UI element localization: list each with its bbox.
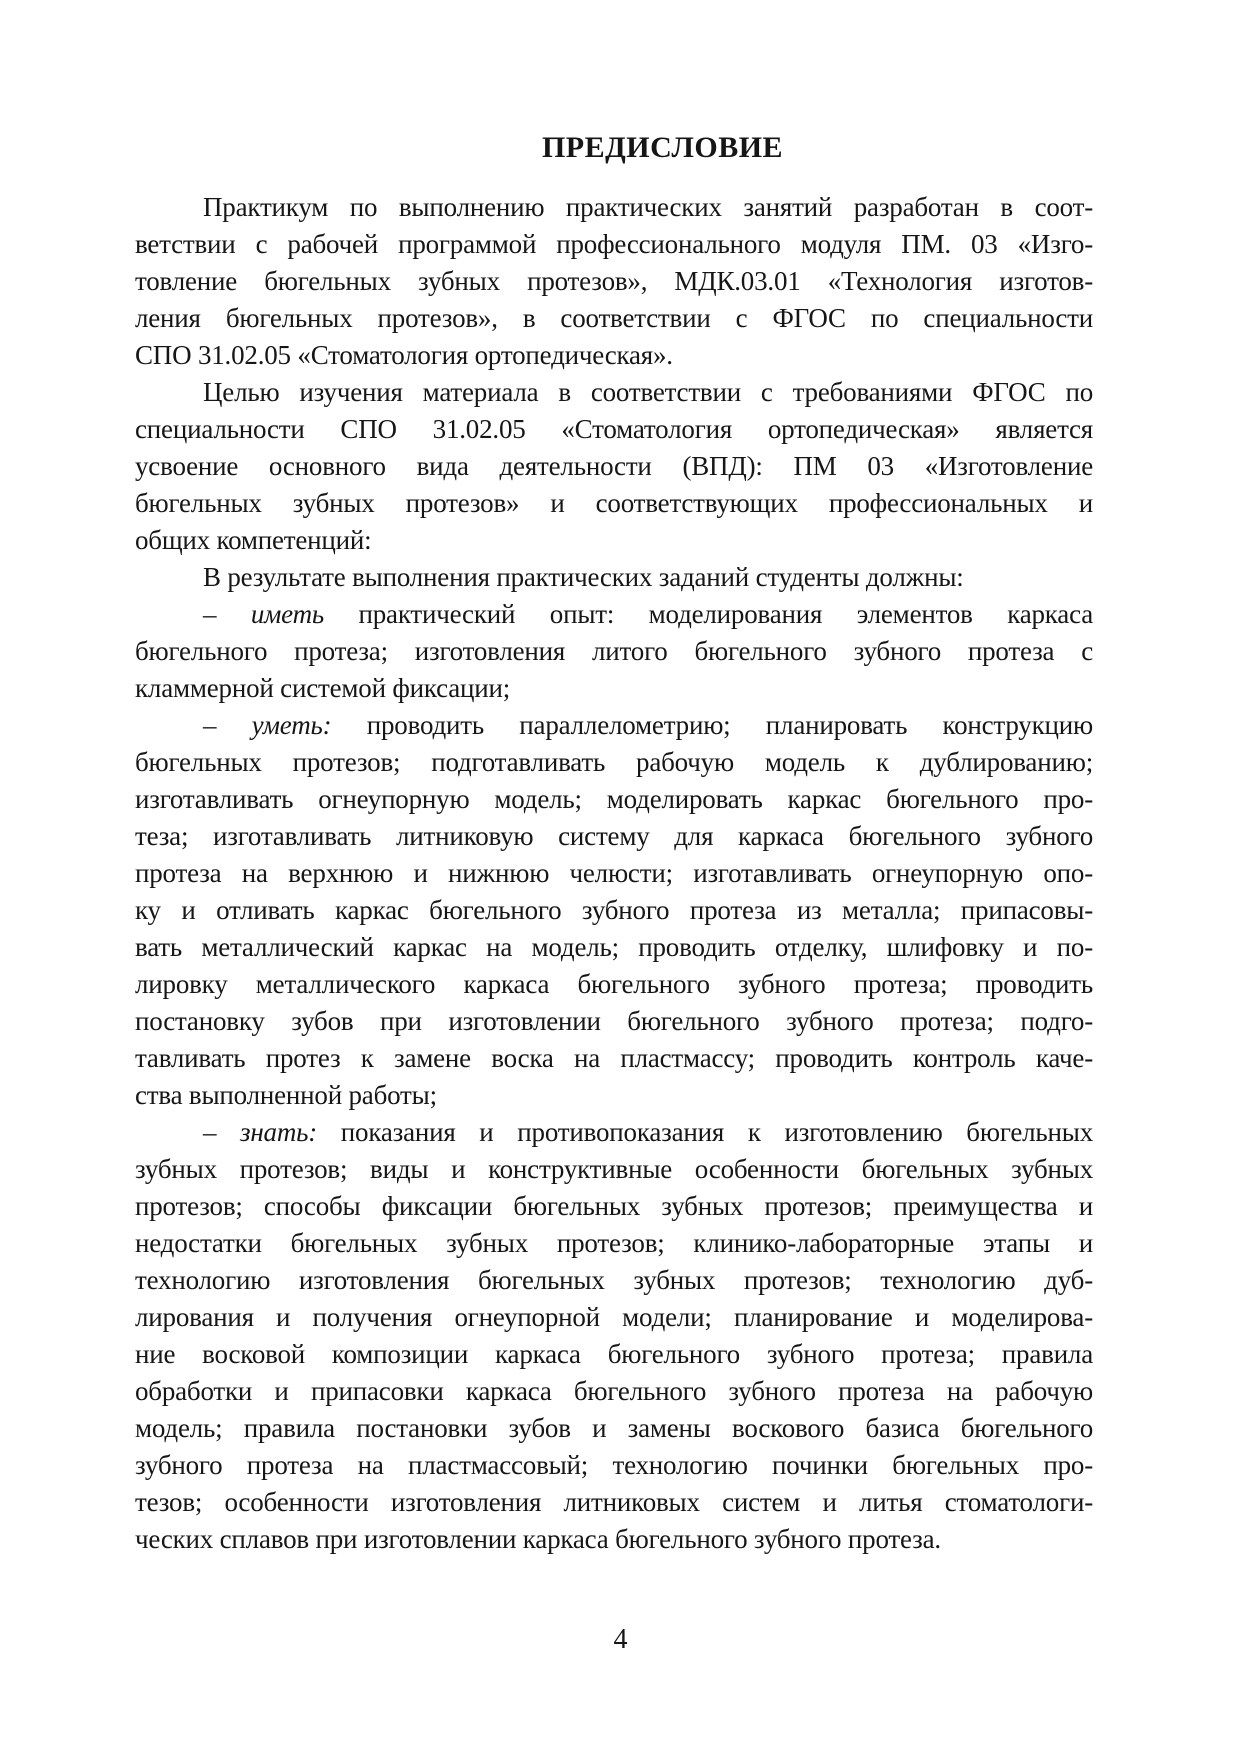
text-segment: вать металлический каркас на модель; про… <box>135 932 1093 962</box>
text-line: – иметь практический опыт: моделирования… <box>135 596 1093 633</box>
text-line: теза; изготавливать литниковую систему д… <box>135 818 1093 855</box>
text-line: ства выполненной работы; <box>135 1077 1093 1114</box>
text-segment: лирования и получения огнеупорной модели… <box>135 1302 1093 1332</box>
text-segment: ческих сплавов при изготовлении каркаса … <box>135 1524 941 1554</box>
text-line: технологию изготовления бюгельных зубных… <box>135 1262 1093 1299</box>
text-line: общих компетенций: <box>135 522 1093 559</box>
text-line: тезов; особенности изготовления литников… <box>135 1484 1093 1521</box>
italic-term: знать: <box>240 1117 317 1147</box>
text-line: лировку металлического каркаса бюгельног… <box>135 966 1093 1003</box>
text-line: протеза на верхнюю и нижнюю челюсти; изг… <box>135 855 1093 892</box>
text-segment: ку и отливать каркас бюгельного зубного … <box>135 895 1093 925</box>
text-line: Практикум по выполнению практических зан… <box>135 189 1093 226</box>
text-segment: товление бюгельных зубных протезов», МДК… <box>135 266 1093 296</box>
text-segment: СПО 31.02.05 «Стоматология ортопедическа… <box>135 340 673 370</box>
text-line: зубного протеза на пластмассовый; технол… <box>135 1447 1093 1484</box>
italic-term: уметь: <box>252 710 332 740</box>
text-segment: протеза на верхнюю и нижнюю челюсти; изг… <box>135 858 1093 888</box>
text-segment: бюгельных зубных протезов» и соответству… <box>135 488 1093 518</box>
page-number: 4 <box>0 1621 1241 1658</box>
text-line: вать металлический каркас на модель; про… <box>135 929 1093 966</box>
text-segment: недостатки бюгельных зубных протезов; кл… <box>135 1228 1093 1258</box>
text-segment: постановку зубов при изготовлении бюгель… <box>135 1006 1093 1036</box>
text-segment: модель; правила постановки зубов и замен… <box>135 1413 1093 1443</box>
paragraph: Целью изучения материала в соответствии … <box>135 374 1093 559</box>
text-line: ние восковой композиции каркаса бюгельно… <box>135 1336 1093 1373</box>
text-segment: бюгельного протеза; изготовления литого … <box>135 636 1093 666</box>
text-line: ления бюгельных протезов», в соответстви… <box>135 300 1093 337</box>
text-segment: тезов; особенности изготовления литников… <box>135 1487 1093 1517</box>
text-line: усвоение основного вида деятельности (ВП… <box>135 448 1093 485</box>
paragraph: В результате выполнения практических зад… <box>135 559 1093 596</box>
text-segment: общих компетенций: <box>135 525 371 555</box>
text-line: – знать: показания и противопоказания к … <box>135 1114 1093 1151</box>
text-line: недостатки бюгельных зубных протезов; кл… <box>135 1225 1093 1262</box>
page-title: ПРЕДИСЛОВИЕ <box>42 130 1241 166</box>
text-segment: В результате выполнения практических зад… <box>203 562 964 592</box>
text-line: В результате выполнения практических зад… <box>135 559 1093 596</box>
text-line: бюгельных протезов; подготавливать рабоч… <box>135 744 1093 781</box>
text-line: Целью изучения материала в соответствии … <box>135 374 1093 411</box>
text-line: кламмерной системой фиксации; <box>135 670 1093 707</box>
text-segment: зубного протеза на пластмассовый; технол… <box>135 1450 1093 1480</box>
text-line: лирования и получения огнеупорной модели… <box>135 1299 1093 1336</box>
text-segment: – <box>203 710 252 740</box>
text-segment: зубных протезов; виды и конструктивные о… <box>135 1154 1093 1184</box>
text-segment: – <box>203 1117 240 1147</box>
text-line: специальности СПО 31.02.05 «Стоматология… <box>135 411 1093 448</box>
text-segment: лировку металлического каркаса бюгельног… <box>135 969 1093 999</box>
text-segment: проводить параллелометрию; планировать к… <box>331 710 1093 740</box>
text-segment: показания и противопоказания к изготовле… <box>317 1117 1093 1147</box>
italic-term: иметь <box>251 599 324 629</box>
text-line: бюгельного протеза; изготовления литого … <box>135 633 1093 670</box>
text-segment: ления бюгельных протезов», в соответстви… <box>135 303 1093 333</box>
text-line: изготавливать огнеупорную модель; модели… <box>135 781 1093 818</box>
text-segment: ние восковой композиции каркаса бюгельно… <box>135 1339 1093 1369</box>
text-segment: ветствии с рабочей программой профессион… <box>135 229 1093 259</box>
text-line: обработки и припасовки каркаса бюгельног… <box>135 1373 1093 1410</box>
text-line: – уметь: проводить параллелометрию; план… <box>135 707 1093 744</box>
text-line: товление бюгельных зубных протезов», МДК… <box>135 263 1093 300</box>
paragraph: – уметь: проводить параллелометрию; план… <box>135 707 1093 1114</box>
text-line: ветствии с рабочей программой профессион… <box>135 226 1093 263</box>
text-segment: кламмерной системой фиксации; <box>135 673 510 703</box>
text-segment: Практикум по выполнению практических зан… <box>203 192 1093 222</box>
text-line: протезов; способы фиксации бюгельных зуб… <box>135 1188 1093 1225</box>
document-body: Практикум по выполнению практических зан… <box>135 189 1093 1558</box>
paragraph: – иметь практический опыт: моделирования… <box>135 596 1093 707</box>
text-line: ку и отливать каркас бюгельного зубного … <box>135 892 1093 929</box>
text-segment: – <box>203 599 251 629</box>
text-line: тавливать протез к замене воска на пласт… <box>135 1040 1093 1077</box>
text-segment: теза; изготавливать литниковую систему д… <box>135 821 1093 851</box>
paragraph: Практикум по выполнению практических зан… <box>135 189 1093 374</box>
text-segment: усвоение основного вида деятельности (ВП… <box>135 451 1093 481</box>
text-line: зубных протезов; виды и конструктивные о… <box>135 1151 1093 1188</box>
text-segment: обработки и припасовки каркаса бюгельног… <box>135 1376 1093 1406</box>
text-segment: тавливать протез к замене воска на пласт… <box>135 1043 1093 1073</box>
text-segment: технологию изготовления бюгельных зубных… <box>135 1265 1093 1295</box>
text-line: СПО 31.02.05 «Стоматология ортопедическа… <box>135 337 1093 374</box>
document-page: ПРЕДИСЛОВИЕ Практикум по выполнению прак… <box>0 0 1241 1754</box>
text-line: ческих сплавов при изготовлении каркаса … <box>135 1521 1093 1558</box>
text-line: постановку зубов при изготовлении бюгель… <box>135 1003 1093 1040</box>
text-segment: изготавливать огнеупорную модель; модели… <box>135 784 1093 814</box>
text-segment: специальности СПО 31.02.05 «Стоматология… <box>135 414 1093 444</box>
paragraph: – знать: показания и противопоказания к … <box>135 1114 1093 1558</box>
text-segment: ства выполненной работы; <box>135 1080 437 1110</box>
text-segment: практический опыт: моделирования элемент… <box>324 599 1093 629</box>
text-segment: Целью изучения материала в соответствии … <box>203 377 1093 407</box>
text-line: модель; правила постановки зубов и замен… <box>135 1410 1093 1447</box>
text-segment: бюгельных протезов; подготавливать рабоч… <box>135 747 1093 777</box>
text-segment: протезов; способы фиксации бюгельных зуб… <box>135 1191 1093 1221</box>
text-line: бюгельных зубных протезов» и соответству… <box>135 485 1093 522</box>
